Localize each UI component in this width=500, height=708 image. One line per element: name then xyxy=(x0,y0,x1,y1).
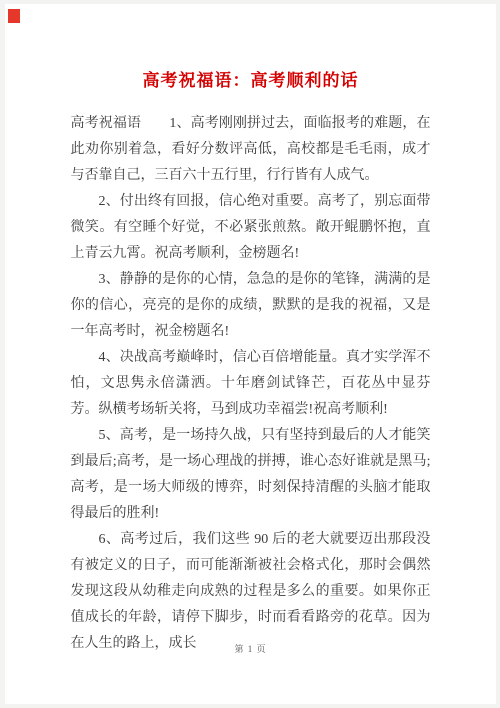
paragraph-6: 6、高考过后，我们这些 90 后的老大就要迈出那段没有被定义的日子，而可能渐渐被… xyxy=(71,527,431,657)
paragraph-4: 4、决战高考巅峰时，信心百倍增能量。真才实学浑不怕，文思隽永倍潇洒。十年磨剑试锋… xyxy=(71,345,431,423)
page-number: 第 1 页 xyxy=(5,642,496,655)
paragraph-1: 高考祝福语 1、高考刚刚拼过去，面临报考的难题，在此劝你别着急，看好分数评高低，… xyxy=(71,111,431,189)
paragraph-3: 3、静静的是你的心情，急急的是你的笔锋，满满的是你的信心，亮亮的是你的成绩，默默… xyxy=(71,267,431,345)
paragraph-2: 2、付出终有回报，信心绝对重要。高考了，别忘面带微笑。有空睡个好觉，不必紧张煎熬… xyxy=(71,189,431,267)
red-corner-badge-icon xyxy=(8,9,20,23)
paragraph-5: 5、高考，是一场持久战，只有坚持到最后的人才能笑到最后;高考，是一场心理战的拼搏… xyxy=(71,423,431,527)
document-body: 高考祝福语 1、高考刚刚拼过去，面临报考的难题，在此劝你别着急，看好分数评高低，… xyxy=(71,111,431,657)
document-page: 高考祝福语：高考顺利的话 高考祝福语 1、高考刚刚拼过去，面临报考的难题，在此劝… xyxy=(5,4,496,704)
document-title: 高考祝福语：高考顺利的话 xyxy=(5,4,496,91)
